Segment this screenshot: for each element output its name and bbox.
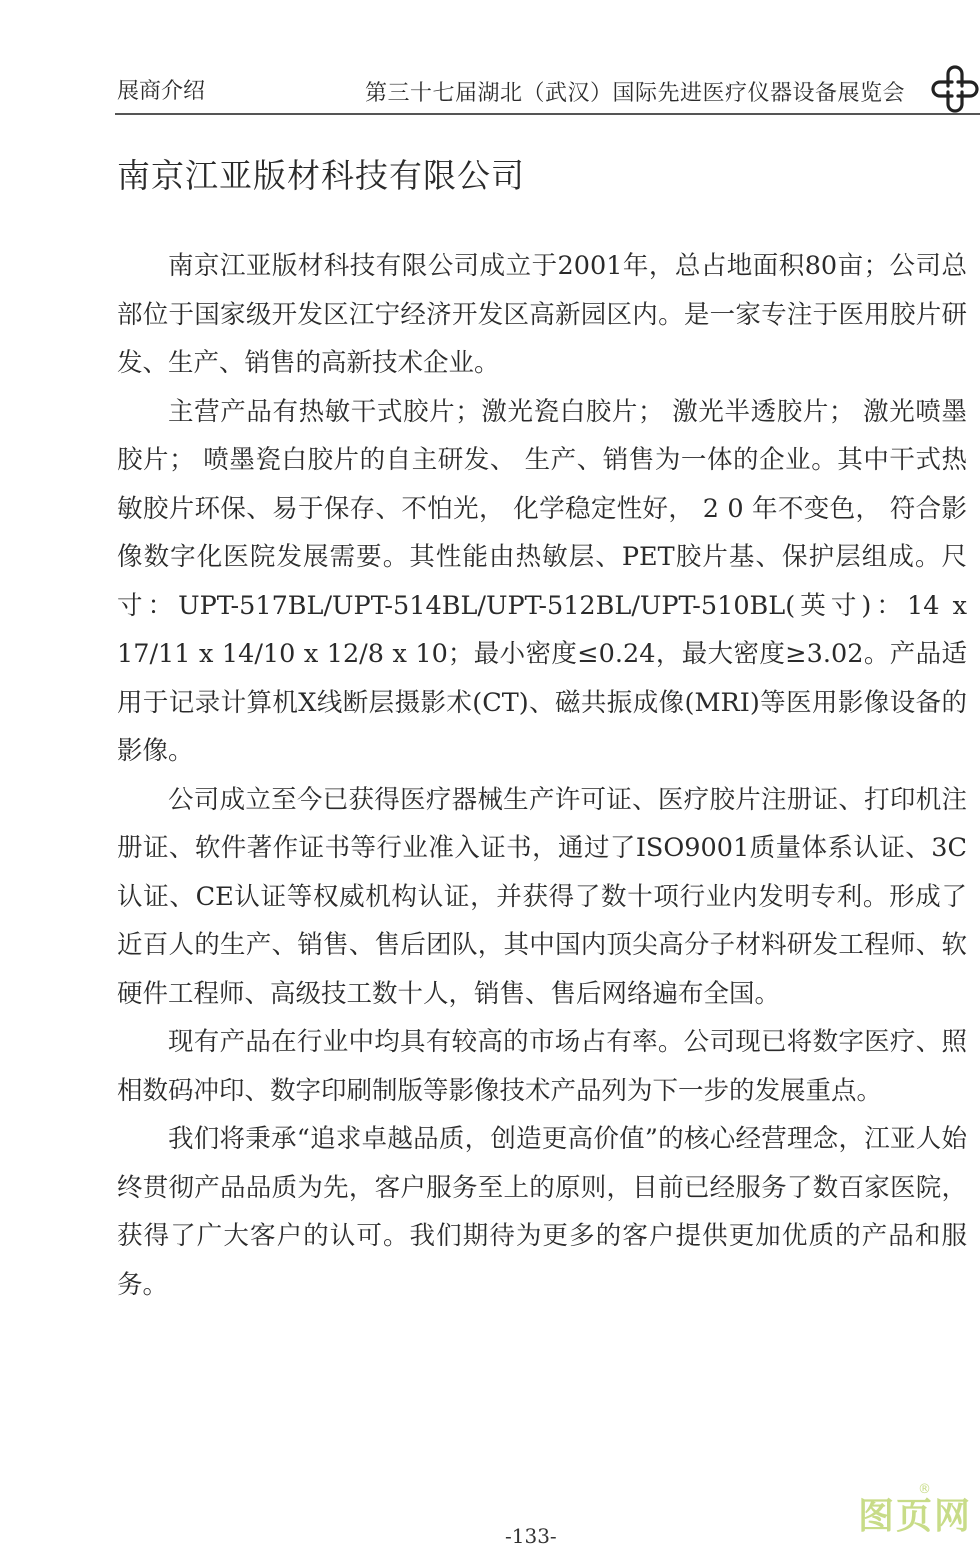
paragraph-market: 现有产品在行业中均具有较高的市场占有率。公司现已将数字医疗、照相数码冲印、数字印… (117, 1018, 967, 1115)
registered-mark-icon: ® (918, 1482, 931, 1497)
paragraph-certifications: 公司成立至今已获得医疗器械生产许可证、医疗胶片注册证、打印机注册证、软件著作证书… (117, 776, 967, 1019)
paragraph-intro: 南京江亚版材科技有限公司成立于2001年，总占地面积80亩；公司总部位于国家级开… (117, 242, 967, 388)
paragraph-philosophy: 我们将秉承“追求卓越品质，创造更高价值”的核心经营理念，江亚人始终贯彻产品品质为… (117, 1115, 967, 1309)
interlocking-cross-logo-icon (930, 64, 980, 114)
header-divider (115, 113, 980, 115)
paragraph-products: 主营产品有热敏干式胶片；激光瓷白胶片； 激光半透胶片； 激光喷墨胶片； 喷墨瓷白… (117, 388, 967, 776)
company-description: 南京江亚版材科技有限公司成立于2001年，总占地面积80亩；公司总部位于国家级开… (117, 242, 967, 1309)
event-title: 第三十七届湖北（武汉）国际先进医疗仪器设备展览会 (365, 76, 905, 107)
watermark-logo: 图页网 (858, 1488, 972, 1539)
page-number: -133- (505, 1524, 557, 1546)
section-label: 展商介绍 (117, 74, 205, 105)
company-name-heading: 南京江亚版材科技有限公司 (117, 150, 525, 197)
